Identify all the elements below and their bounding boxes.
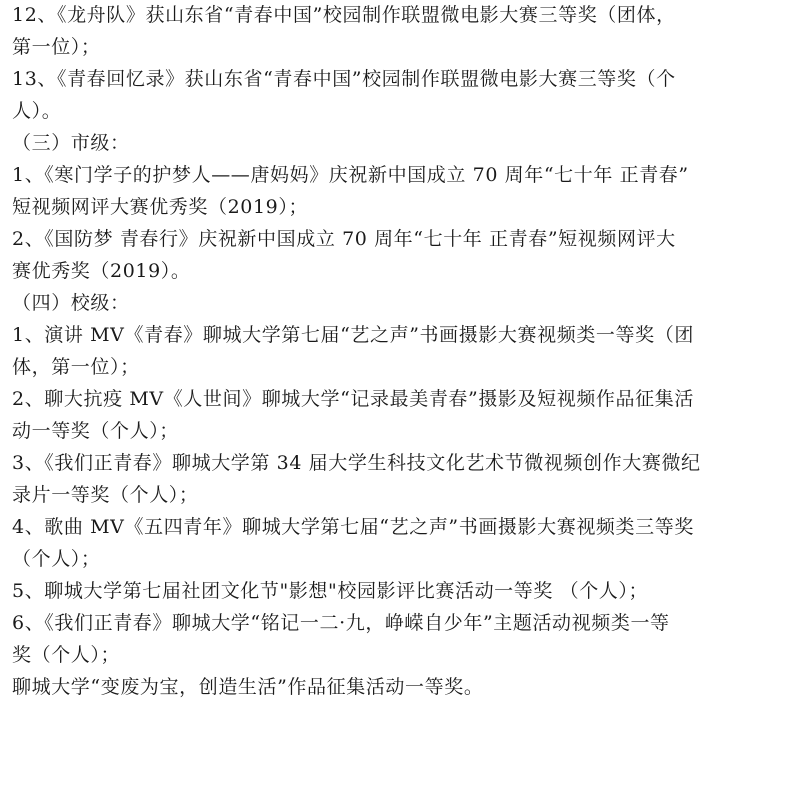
city-award-2b: 赛优秀奖（2019）。	[12, 255, 792, 287]
school-award-4b: （个人）；	[12, 543, 792, 575]
school-award-3b: 录片一等奖（个人）；	[12, 479, 792, 511]
award-line-12a: 12、《龙舟队》获山东省“青春中国”校园制作联盟微电影大赛三等奖（团体，	[12, 0, 792, 31]
document-body: 12、《龙舟队》获山东省“青春中国”校园制作联盟微电影大赛三等奖（团体， 第一位…	[12, 0, 792, 703]
school-award-6b: 奖（个人）；	[12, 639, 792, 671]
award-line-13b: 人）。	[12, 95, 792, 127]
school-award-1a: 1、演讲 MV《青春》聊城大学第七届“艺之声”书画摄影大赛视频类一等奖（团	[12, 319, 792, 351]
city-award-1a: 1、《寒门学子的护梦人——唐妈妈》庆祝新中国成立 70 周年“七十年 正青春”	[12, 159, 792, 191]
school-award-2b: 动一等奖（个人）；	[12, 415, 792, 447]
school-award-7: 聊城大学“变废为宝，创造生活”作品征集活动一等奖。	[12, 671, 792, 703]
award-line-12b: 第一位）；	[12, 31, 792, 63]
school-award-5: 5、聊城大学第七届社团文化节"影想"校园影评比赛活动一等奖 （个人）；	[12, 575, 792, 607]
section-heading-school-level: （四）校级：	[12, 287, 792, 319]
school-award-2a: 2、聊大抗疫 MV《人世间》聊城大学“记录最美青春”摄影及短视频作品征集活	[12, 383, 792, 415]
city-award-1b: 短视频网评大赛优秀奖（2019）；	[12, 191, 792, 223]
school-award-6a: 6、《我们正青春》聊城大学“铭记一二·九，峥嵘自少年”主题活动视频类一等	[12, 607, 792, 639]
school-award-1b: 体，第一位）；	[12, 351, 792, 383]
city-award-2a: 2、《国防梦 青春行》庆祝新中国成立 70 周年“七十年 正青春”短视频网评大	[12, 223, 792, 255]
section-heading-city-level: （三）市级：	[12, 127, 792, 159]
school-award-3a: 3、《我们正青春》聊城大学第 34 届大学生科技文化艺术节微视频创作大赛微纪	[12, 447, 792, 479]
school-award-4a: 4、歌曲 MV《五四青年》聊城大学第七届“艺之声”书画摄影大赛视频类三等奖	[12, 511, 792, 543]
award-line-13a: 13、《青春回忆录》获山东省“青春中国”校园制作联盟微电影大赛三等奖（个	[12, 63, 792, 95]
